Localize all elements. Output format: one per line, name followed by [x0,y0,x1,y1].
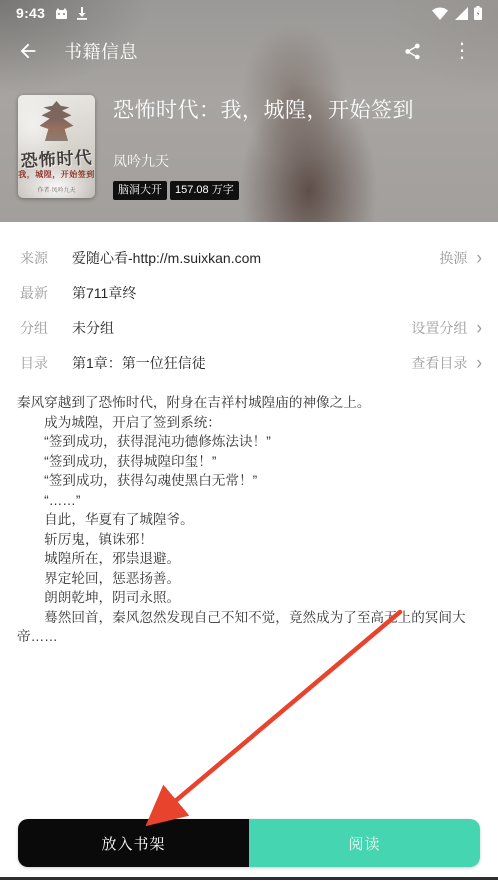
book-info-rows: 来源 爱随心看-http://m.suixkan.com 换源 › 最新 第71… [0,222,498,380]
chevron-right-icon: › [476,318,482,338]
wifi-icon [432,7,448,20]
row-group[interactable]: 分组 未分组 设置分组 › [20,310,482,345]
book-cover[interactable]: 恐怖时代 我，城隍，开始签到 作者·凤吟九天 [18,95,95,198]
app-bar: 书籍信息 ⋮ [0,26,498,76]
more-menu-button[interactable]: ⋮ [442,31,482,71]
more-vert-icon: ⋮ [452,41,472,61]
status-time: 9:43 [16,5,45,21]
row-source-value: 爱随心看-http://m.suixkan.com [72,248,261,268]
view-toc-action[interactable]: 查看目录 › [401,353,482,373]
set-group-label: 设置分组 [411,318,467,338]
set-group-action[interactable]: 设置分组 › [401,318,482,338]
arrow-left-icon [17,40,39,62]
row-toc-label: 目录 [20,353,72,373]
back-button[interactable] [8,31,48,71]
app-notification-icon [55,7,68,20]
footer-actions: 放入书架 阅读 [18,819,480,867]
book-header-blur-background: 9:43 [0,0,498,222]
book-description[interactable]: 秦风穿越到了恐怖时代，附身在吉祥村城隍庙的神像之上。 成为城隍，开启了签到系统：… [17,393,490,647]
row-latest[interactable]: 最新 第711章终 [20,275,482,310]
add-to-bookshelf-button[interactable]: 放入书架 [18,819,249,867]
download-icon [76,7,88,20]
chevron-right-icon: › [476,353,482,373]
book-author[interactable]: 凤吟九天 [113,151,414,171]
book-summary: 恐怖时代 我，城隍，开始签到 作者·凤吟九天 恐怖时代：我，城隍，开始签到 凤吟… [18,95,482,200]
battery-icon [474,6,482,20]
cover-pagoda-art [40,101,74,141]
signal-icon [454,7,468,20]
row-latest-value: 第711章终 [72,283,136,303]
read-button[interactable]: 阅读 [249,819,480,867]
badge-genre: 脑洞大开 [113,181,167,200]
row-source-label: 来源 [20,248,72,268]
view-toc-label: 查看目录 [411,353,467,373]
book-info-screen: 9:43 [0,0,498,885]
book-title: 恐怖时代：我，城隍，开始签到 [113,98,414,124]
row-group-value: 未分组 [72,318,114,338]
share-button[interactable] [392,31,432,71]
book-badges: 脑洞大开 157.08 万字 [113,181,414,200]
cover-title-text: 恐怖时代 [18,143,95,172]
page-title: 书籍信息 [64,38,138,64]
chevron-right-icon: › [476,248,482,268]
row-toc[interactable]: 目录 第1章：第一位狂信徒 查看目录 › [20,345,482,380]
cover-subtitle-text: 我，城隍，开始签到 [18,169,95,180]
row-group-label: 分组 [20,318,72,338]
change-source-action[interactable]: 换源 › [429,248,482,268]
row-source[interactable]: 来源 爱随心看-http://m.suixkan.com 换源 › [20,240,482,275]
badge-word-count: 157.08 万字 [170,181,239,200]
change-source-label: 换源 [439,248,467,268]
cover-author-text: 作者·凤吟九天 [18,185,95,194]
share-icon [403,42,422,61]
row-latest-label: 最新 [20,283,72,303]
row-toc-value: 第1章：第一位狂信徒 [72,353,206,373]
status-bar: 9:43 [0,0,498,26]
bottom-edge-bar [0,877,498,880]
